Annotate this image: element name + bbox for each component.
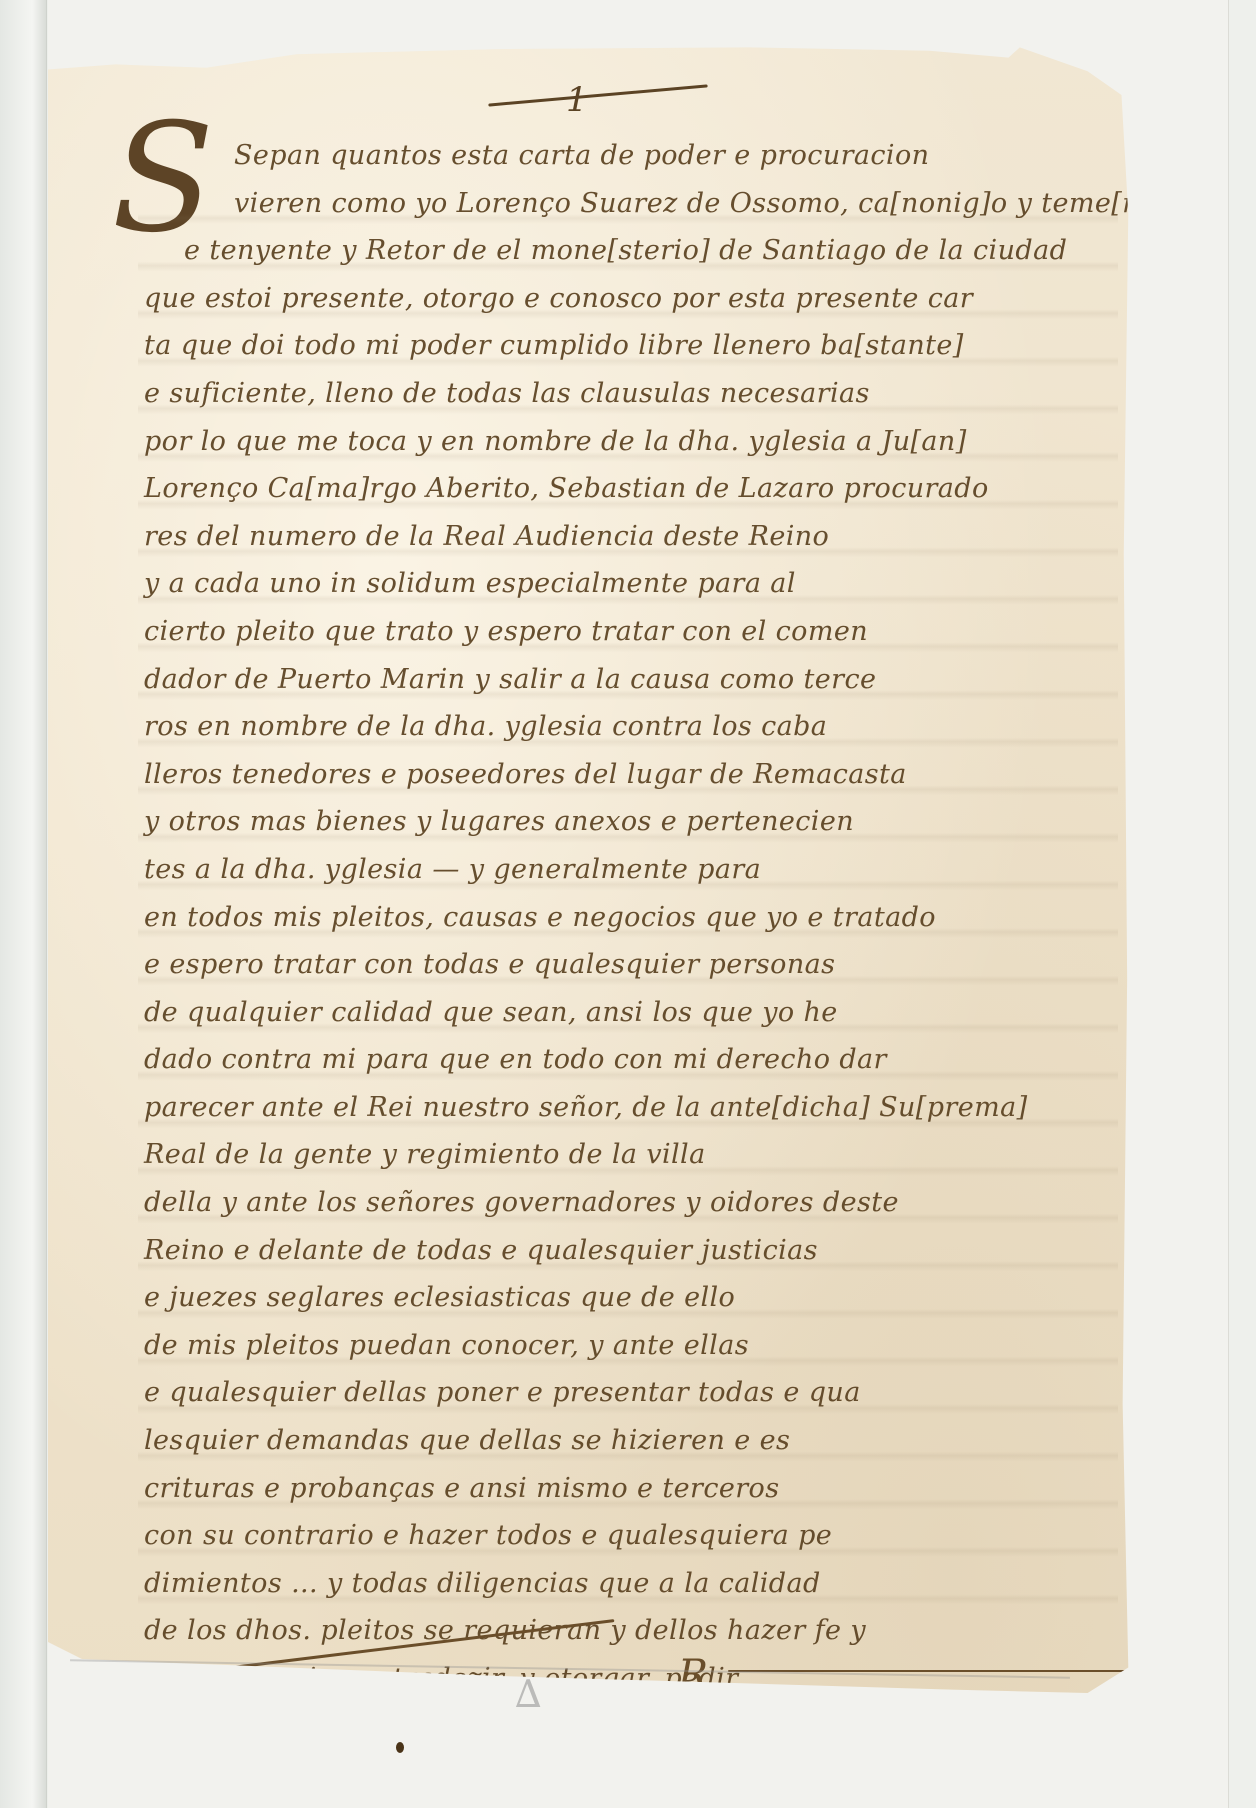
text-line: Reino e delante de todas e qualesquier j…	[124, 1235, 1144, 1283]
text-line: lesquier demandas que dellas se hizieren…	[124, 1425, 1144, 1473]
ink-stain	[396, 1742, 404, 1753]
text-line: dimientos ... y todas diligencias que a …	[124, 1568, 1144, 1616]
text-line: en todos mis pleitos, causas e negocios …	[124, 902, 1144, 950]
text-line: Lorenço Ca[ma]rgo Aberito, Sebastian de …	[124, 473, 1144, 521]
text-line: tes a la dha. yglesia — y generalmente p…	[124, 854, 1144, 902]
text-line: e espero tratar con todas e qualesquier …	[124, 949, 1144, 997]
text-line: que estoi presente, otorgo e conosco por…	[124, 283, 1144, 331]
folio-number-value: 1	[566, 80, 588, 120]
text-line: dador de Puerto Marin y salir a la causa…	[124, 664, 1144, 712]
text-line: e tenyente y Retor de el mone[sterio] de…	[124, 235, 1144, 283]
text-line: y otros mas bienes y lugares anexos e pe…	[124, 806, 1144, 854]
text-line: de mis pleitos puedan conocer, y ante el…	[124, 1330, 1144, 1378]
folio-content: 1 S Sepan quantos esta carta de poder e …	[48, 44, 1178, 1744]
manuscript-folio: 1 S Sepan quantos esta carta de poder e …	[48, 44, 1178, 1744]
folio-number-rule	[488, 84, 707, 106]
text-line: Real de la gente y regimiento de la vill…	[124, 1139, 1144, 1187]
manuscript-text: Sepan quantos esta carta de poder e proc…	[124, 140, 1144, 1758]
folio-number: 1	[488, 76, 708, 126]
text-line: cierto pleito que trato y espero tratar …	[124, 616, 1144, 664]
text-line: con su contrario e hazer todos e qualesq…	[124, 1520, 1144, 1568]
text-line: ta que doi todo mi poder cumplido libre …	[124, 330, 1144, 378]
text-line: de los dhos. pleitos se requieran y dell…	[124, 1615, 1144, 1663]
text-line: Sepan quantos esta carta de poder e proc…	[124, 140, 1144, 188]
text-line: vieren como yo Lorenço Suarez de Ossomo,…	[124, 188, 1144, 236]
text-line: e suficiente, lleno de todas las clausul…	[124, 378, 1144, 426]
text-line: della y ante los señores governadores y …	[124, 1187, 1144, 1235]
text-line: de qualquier calidad que sean, ansi los …	[124, 997, 1144, 1045]
text-line: res del numero de la Real Audiencia dest…	[124, 521, 1144, 569]
text-line: dado contra mi para que en todo con mi d…	[124, 1044, 1144, 1092]
text-line: y a cada uno in solidum especialmente pa…	[124, 568, 1144, 616]
text-line: e qualesquier dellas poner e presentar t…	[124, 1377, 1144, 1425]
text-line: ros en nombre de la dha. yglesia contra …	[124, 711, 1144, 759]
text-line: por lo que me toca y en nombre de la dha…	[124, 426, 1144, 474]
text-line: parecer ante el Rei nuestro señor, de la…	[124, 1092, 1144, 1140]
text-line: crituras e probanças e ansi mismo e terc…	[124, 1473, 1144, 1521]
text-line: lleros tenedores e poseedores del lugar …	[124, 759, 1144, 807]
pencil-bleed-mark: ∆	[515, 1672, 542, 1716]
text-line: e juezes seglares eclesiasticas que de e…	[124, 1282, 1144, 1330]
binding-strip	[0, 0, 47, 1808]
